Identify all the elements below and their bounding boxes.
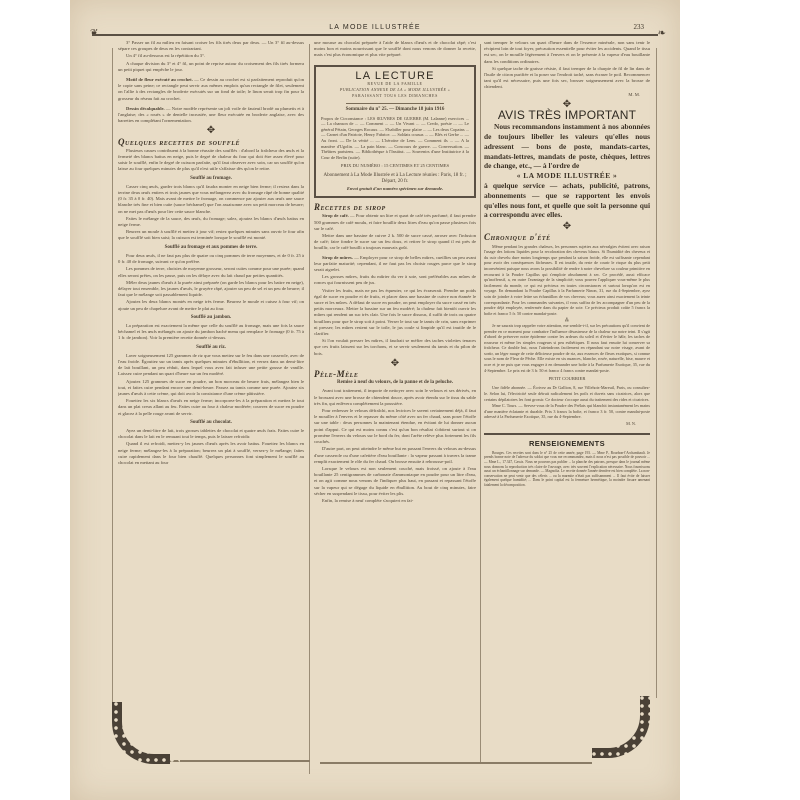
paragraph: Pour redresser le velours défraîchi, nos…: [314, 408, 476, 445]
section-title-sirop: Recettes de sirop: [314, 204, 476, 210]
recipe-paragraph: La préparation est exactement la même qu…: [118, 323, 304, 342]
sirop-cafe-title: Sirop de café.: [322, 213, 349, 218]
paragraph: Enfin, la remise à neuf complète s'acqui…: [314, 498, 476, 504]
recipe-paragraph: Ayez un demi-litre de lait, trois grosse…: [118, 428, 304, 440]
recipe-paragraph: Fouettez les six blancs d'œufs en neige …: [118, 398, 304, 417]
lecture-contents: Propos de Circonstance : LES ŒUVRES DE G…: [321, 116, 469, 161]
la-lecture-advert: LA LECTURE REVUE DE LA FAMILLE PUBLICATI…: [314, 65, 476, 199]
section-intro: Plusieurs causes contribuent à la bonne …: [118, 148, 304, 173]
corner-ornament-icon: [592, 696, 650, 758]
fleuron-ornament-icon: ✥: [314, 361, 476, 367]
sirop-mures-paragraph: Sirop de mûres. — Employer pour ce sirop…: [314, 255, 476, 274]
column-divider: [309, 44, 310, 774]
lecture-price: PRIX DU NUMÉRO : 15 CENTIMES ET 25 CENTI…: [321, 163, 469, 169]
paragraph: A chaque division du 3° et 4° fil, un po…: [118, 61, 304, 73]
fleuron-ornament-icon: ✥: [118, 128, 304, 134]
lecture-sommaire: Sommaire du n° 25. — Dimanche 18 juin 19…: [346, 103, 445, 113]
recipe-title: Soufflé au riz.: [118, 345, 304, 351]
recipe-paragraph: Ajoutez 125 grammes de sucre en poudre, …: [118, 379, 304, 398]
paragraph: Mme C. Tours. — Servez-vous de la Poudre…: [484, 403, 650, 420]
recipe-paragraph: Laver soigneusement 125 grammes de riz q…: [118, 353, 304, 378]
paragraph: sant tremper le velours un quart d'heure…: [484, 40, 650, 65]
sirop-mures-title: Sirop de mûres.: [322, 255, 353, 260]
running-head: ❦ LA MODE ILLUSTRÉE 233 ❧: [70, 0, 680, 32]
recipe-paragraph: Faites le mélange de la sauce, des œufs,…: [118, 216, 304, 228]
signature: M. M.: [484, 92, 650, 98]
paragraph: Si l'on voulait presser les mûres, il fa…: [314, 338, 476, 357]
column-divider: [480, 44, 481, 764]
page-number: 233: [634, 23, 645, 31]
recipe-title: Soufflé au fromage.: [118, 176, 304, 182]
section-title-pele-mele: Pêle-Mêle: [314, 371, 476, 377]
fleuron-ornament-icon: ✥: [484, 224, 650, 230]
paragraph: Je ne saurais trop rappeler votre attent…: [484, 323, 650, 373]
renseignements-title: RENSEIGNEMENTS: [484, 441, 650, 447]
paragraph: Mettre dans une bassine de cuivre 2 k. 5…: [314, 233, 476, 252]
recipe-paragraph: Beurrez un moule à soufflé et mettez à j…: [118, 229, 304, 241]
recipe-title: Soufflé au jambon.: [118, 315, 304, 321]
recipe-paragraph: Casser cinq œufs, garder trois blancs qu…: [118, 184, 304, 215]
paragraph: Même pendant les grandes chaleurs, les p…: [484, 244, 650, 317]
souffle-recipes: Soufflé au fromage.Casser cinq œufs, gar…: [118, 176, 304, 467]
section-rule: [484, 433, 650, 435]
header-rule: [92, 34, 658, 36]
paragraph: Une fidèle abonnée. — Écrivez au Dr Gall…: [484, 385, 650, 402]
paragraph: 3° Passer un fil au milieu en faisant cr…: [118, 40, 304, 52]
recipe-paragraph: Mêler deux jaunes d'œufs à la purée ains…: [118, 280, 304, 299]
lecture-subscription: Abonnement à La Mode Illustrée et à La L…: [321, 173, 469, 185]
paragraph: une mousse au chocolat préparée à l'aide…: [314, 40, 476, 59]
paragraph: Les grosses mûres, fruits du mûrier du v…: [314, 274, 476, 286]
corner-ornament-icon: [112, 702, 170, 764]
avis-text-2: à quelque service — achats, publicité, p…: [484, 181, 650, 219]
motif-title: Motif de fleur exécuté au crochet.: [126, 77, 193, 82]
paragraph: D'autre part, on peut atteindre le même …: [314, 446, 476, 465]
avis-name: « LA MODE ILLUSTRÉE »: [484, 171, 650, 181]
frame-right-rule: [656, 48, 657, 698]
avis-body: Nous recommandons instamment à nos abonn…: [484, 122, 650, 220]
recipe-title: Soufflé au fromage et aux pommes de terr…: [118, 245, 304, 251]
recipe-paragraph: Pour deux œufs, il ne faut pas plus de q…: [118, 253, 304, 265]
motif-paragraph: Motif de fleur exécuté au crochet. — Ce …: [118, 77, 304, 102]
lecture-frequency: PARAISSANT TOUS LES DIMANCHES: [321, 93, 469, 99]
recipe-paragraph: Les pommes de terre, choisies de moyenne…: [118, 266, 304, 278]
frame-bottom-rule: [320, 762, 592, 764]
avis-title: AVIS TRÈS IMPORTANT: [484, 112, 650, 118]
avis-text: Nous recommandons instamment à nos abonn…: [484, 122, 650, 171]
column-2: une mousse au chocolat préparée à l'aide…: [314, 40, 476, 780]
renseignements-text: Bourges. Ces recettes sont dans le n° 25…: [484, 451, 650, 488]
paragraph: Lorsque le velours est non seulement cou…: [314, 466, 476, 497]
recipe-paragraph: Ajoutez les deux blancs montés en neige …: [118, 299, 304, 311]
pele-mele-subtitle: Remise à neuf du velours, de la panne et…: [314, 380, 476, 386]
journal-title: LA MODE ILLUSTRÉE: [70, 24, 680, 31]
frame-left-rule: [112, 48, 113, 708]
sirop-cafe-paragraph: Sirop de café. — Pour obtenir un litre e…: [314, 213, 476, 232]
paragraph: Visiter les fruits, mais ne pas les éque…: [314, 288, 476, 338]
recipe-paragraph: Quand il est refroidi, mettez-y les jaun…: [118, 441, 304, 466]
paragraph: Un 4° fil au-dessous est la répétition d…: [118, 53, 304, 59]
paragraph: Avant tout traitement, il importe de net…: [314, 388, 476, 407]
petit-courrier-title: PETIT COURRIER: [484, 376, 650, 382]
signature: M. N.: [484, 421, 650, 427]
recipe-title: Soufflé au chocolat.: [118, 420, 304, 426]
frame-bottom-rule: [170, 760, 310, 762]
dessin-paragraph: Dessin décalquable. — Notre modèle repré…: [118, 106, 304, 125]
section-title-chronique: Chronique d'été: [484, 234, 650, 240]
lecture-title: LA LECTURE: [321, 73, 469, 79]
section-title-souffle: Quelques recettes de soufflé: [118, 139, 304, 145]
paragraph: Si quelque tache de graisse résiste, il …: [484, 66, 650, 91]
lecture-specimen: Envoi gratuit d'un numéro spécimen sur d…: [321, 186, 469, 192]
leaf-ornament-icon: ❧: [658, 28, 666, 39]
column-3: sant tremper le velours un quart d'heure…: [484, 40, 650, 760]
column-1: 3° Passer un fil au milieu en faisant cr…: [118, 40, 304, 750]
dessin-title: Dessin décalquable.: [126, 106, 165, 111]
